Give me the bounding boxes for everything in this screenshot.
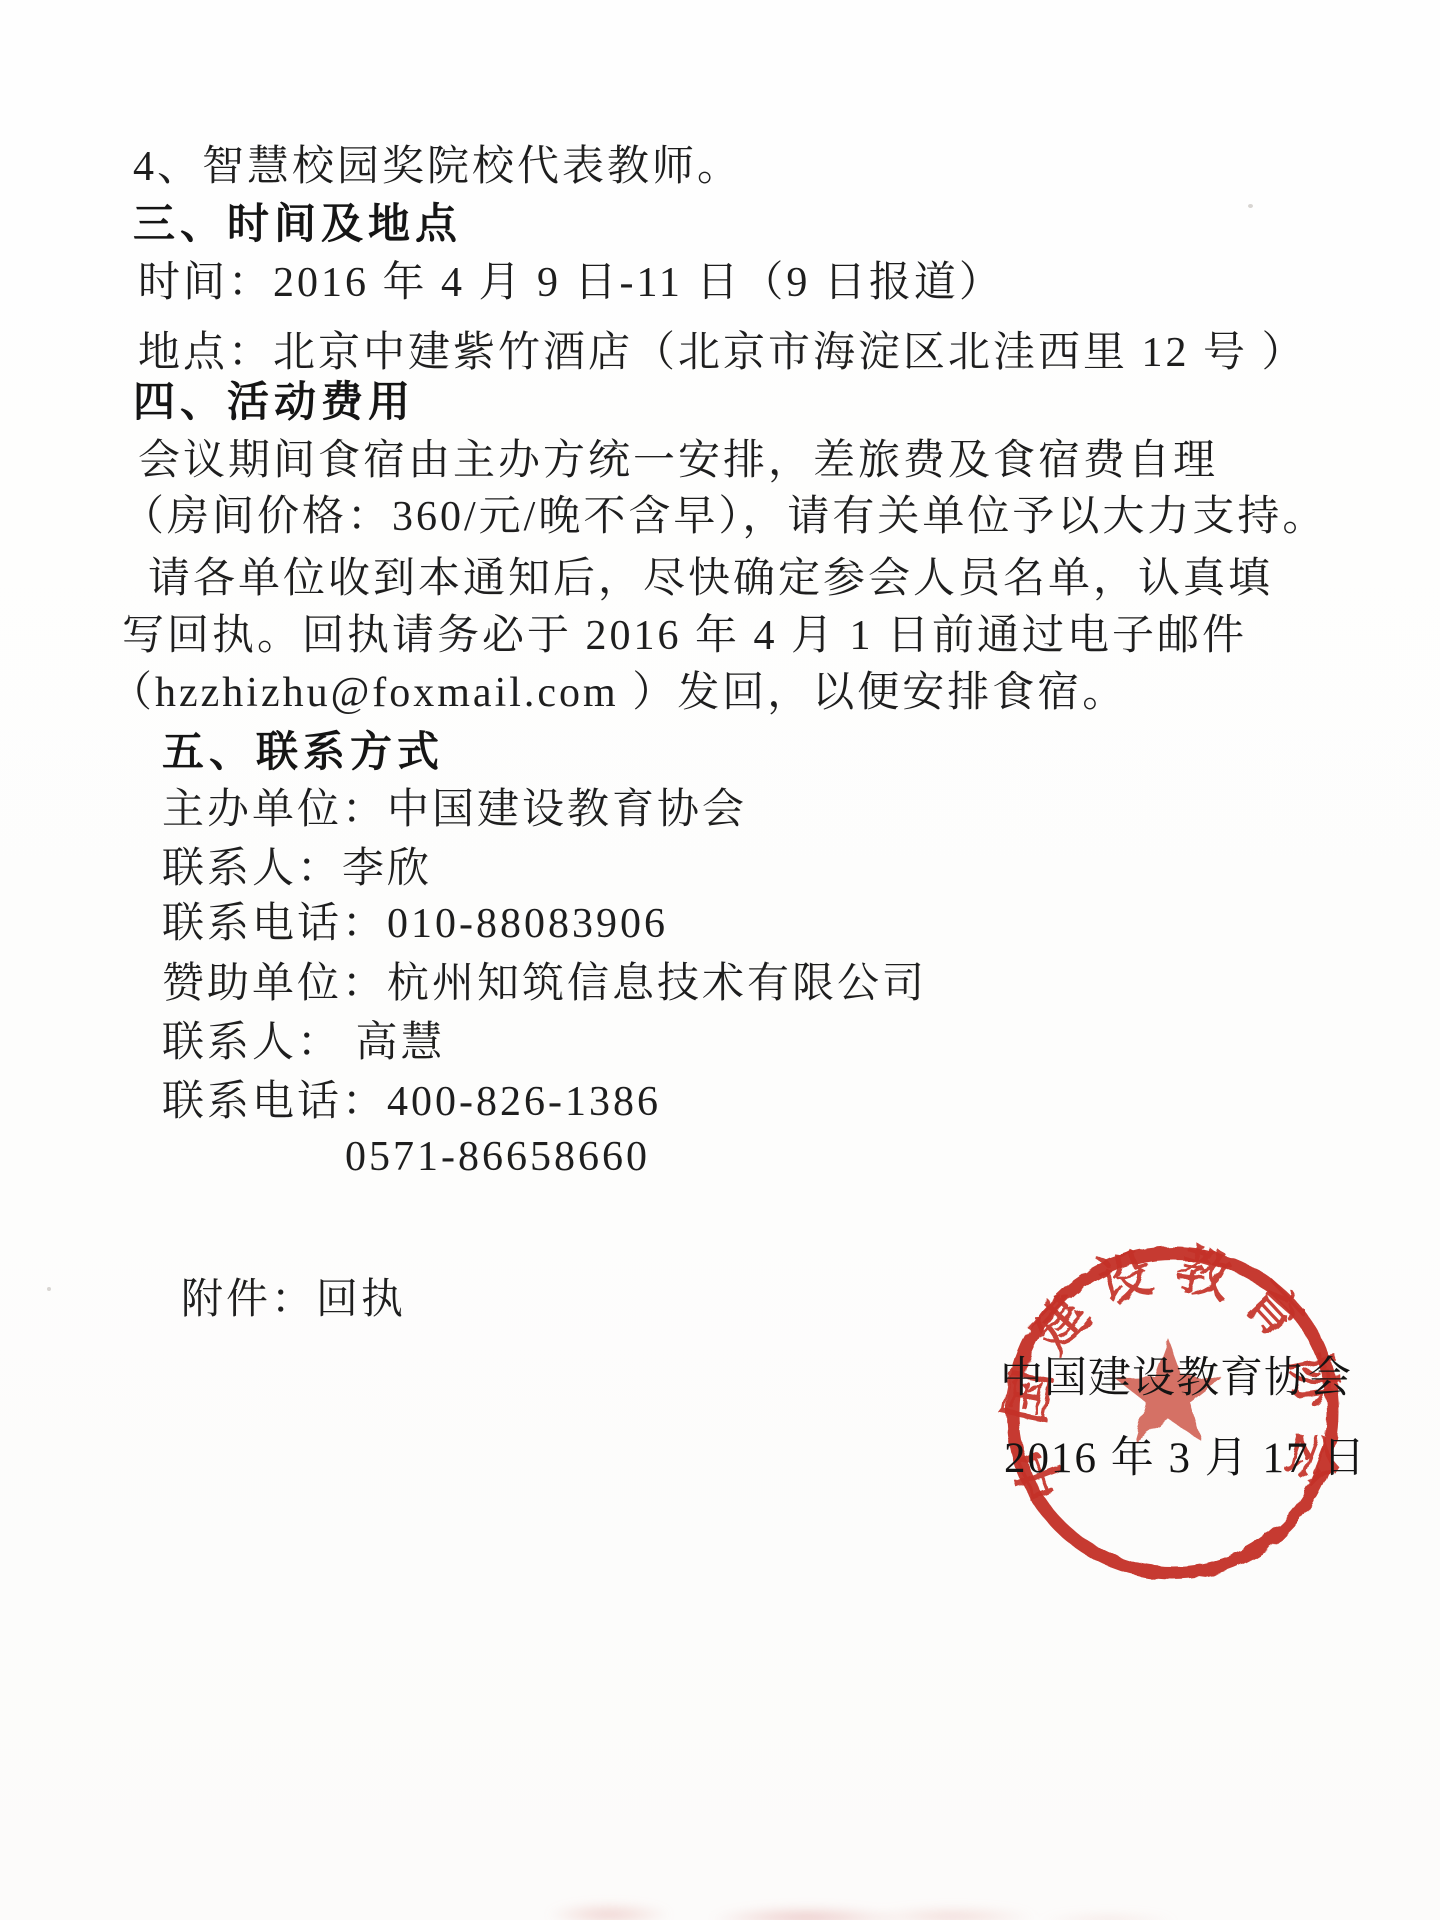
line-location: 地点：北京中建紫竹酒店（北京市海淀区北洼西里 12 号 ） bbox=[138, 330, 1307, 376]
line-sponsor-phone-2: 0571-86658660 bbox=[345, 1134, 650, 1180]
signature-date: 2016 年 3 月 17 日 bbox=[1004, 1436, 1367, 1481]
line-host-org: 主办单位：中国建设教育协会 bbox=[162, 787, 747, 833]
official-seal: 中国建设教育协会 bbox=[993, 1233, 1353, 1593]
line-email: （hzzhizhu@foxmail.com ）发回，以便安排食宿。 bbox=[110, 670, 1127, 716]
line-sponsor-phone-1: 联系电话：400-826-1386 bbox=[162, 1079, 661, 1125]
scan-smudge bbox=[420, 1878, 1280, 1920]
line-host-contact-person: 联系人：李欣 bbox=[162, 846, 432, 892]
scan-speck bbox=[1248, 204, 1253, 208]
line-notice-reply-2: 写回执。回执请务必于 2016 年 4 月 1 日前通过电子邮件 bbox=[122, 613, 1247, 659]
scan-speck bbox=[47, 1287, 51, 1291]
line-room-price: （房间价格：360/元/晚不含早），请有关单位予以大力支持。 bbox=[122, 494, 1327, 540]
line-sponsor-contact-person: 联系人： 高慧 bbox=[162, 1020, 446, 1066]
heading-activity-fee: 四、活动费用 bbox=[133, 380, 415, 426]
line-notice-reply-1: 请各单位收到本通知后，尽快确定参会人员名单，认真填 bbox=[148, 556, 1273, 602]
signature-org-name: 中国建设教育协会 bbox=[1000, 1356, 1352, 1401]
heading-time-location: 三、时间及地点 bbox=[133, 202, 462, 248]
line-sponsor-org: 赞助单位：杭州知筑信息技术有限公司 bbox=[162, 961, 927, 1007]
official-seal-graphic: 中国建设教育协会 bbox=[993, 1233, 1353, 1593]
scanned-notice-page: 4、智慧校园奖院校代表教师。 三、时间及地点 时间：2016 年 4 月 9 日… bbox=[0, 0, 1440, 1920]
line-host-phone: 联系电话：010-88083906 bbox=[162, 901, 668, 947]
line-fee-arrangement: 会议期间食宿由主办方统一安排，差旅费及食宿费自理 bbox=[138, 438, 1218, 484]
line-attachment: 附件：回执 bbox=[181, 1277, 406, 1323]
line-time: 时间：2016 年 4 月 9 日-11 日（9 日报道） bbox=[138, 260, 1004, 306]
list-item-attendee-4: 4、智慧校园奖院校代表教师。 bbox=[133, 144, 742, 190]
heading-contact-info: 五、联系方式 bbox=[162, 730, 444, 776]
